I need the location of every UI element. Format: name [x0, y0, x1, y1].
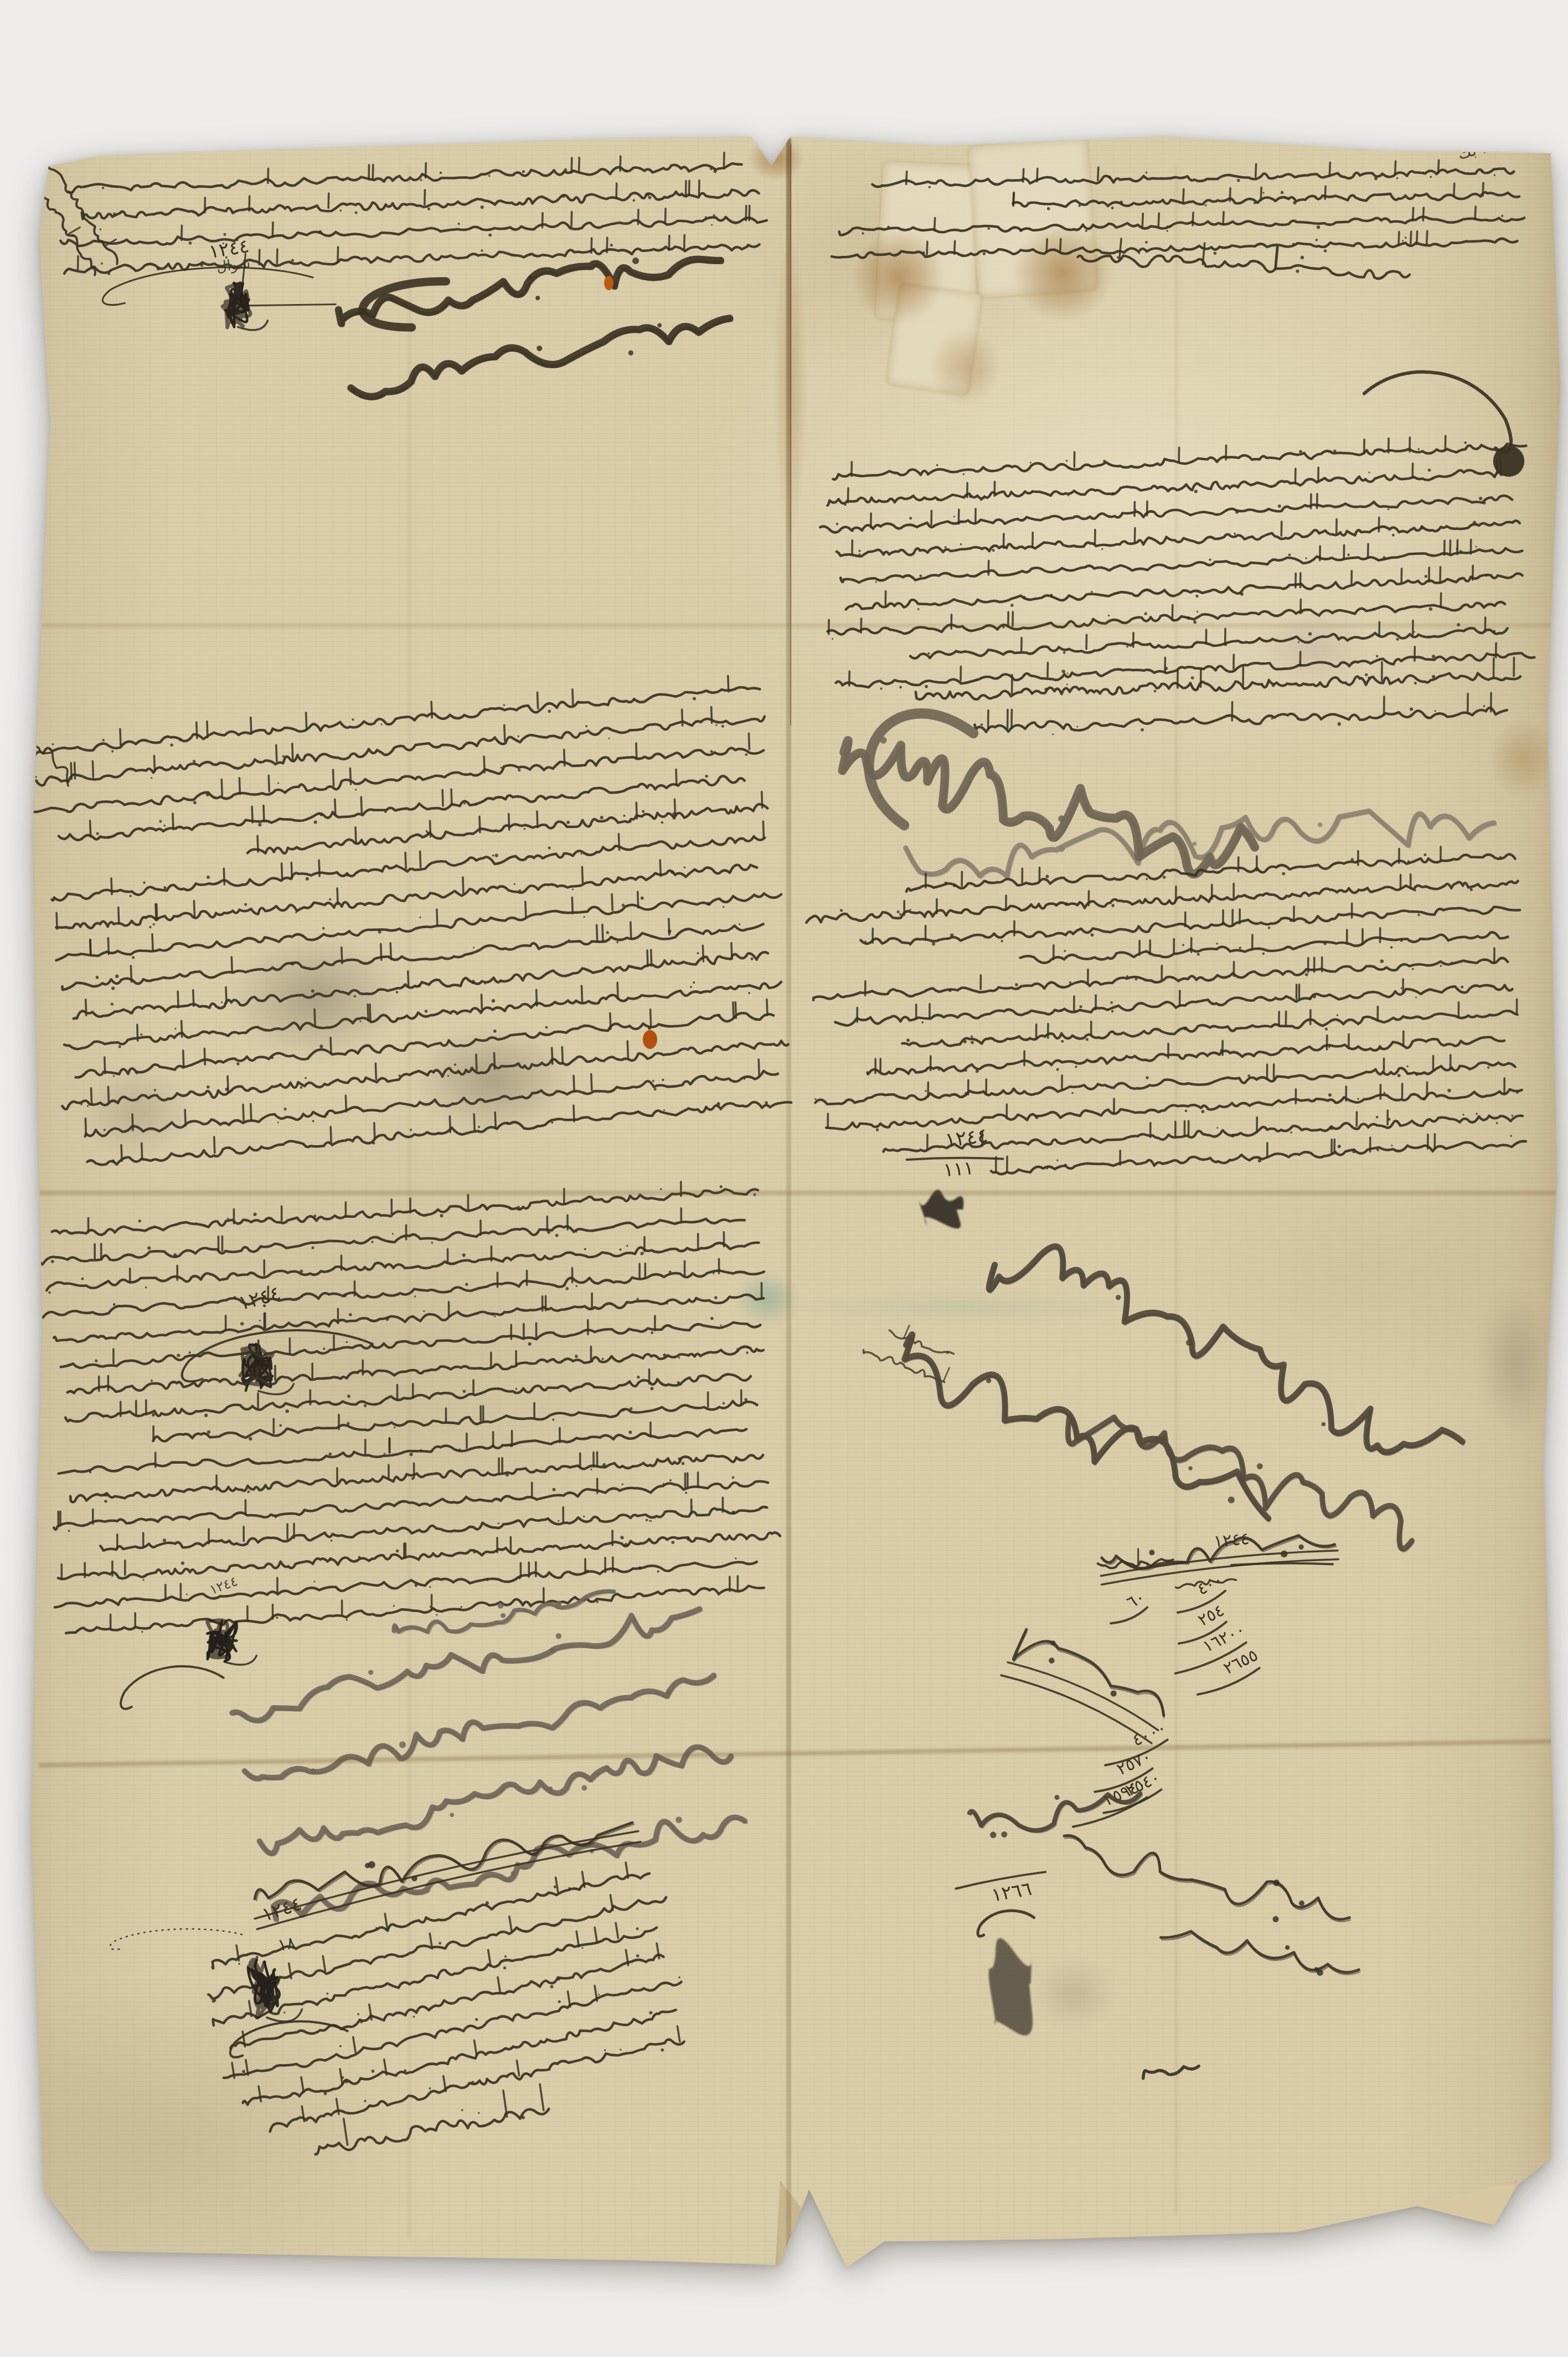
wax-dot	[643, 1030, 657, 1049]
num-16200: ١٦٢٠٠	[1163, 1621, 1252, 1684]
ink-smudge-mid-left-3	[64, 1049, 213, 1177]
knot-seal-bottomleft-2	[241, 1954, 288, 2023]
repair-patch-1	[875, 161, 983, 323]
teal-streak	[792, 1290, 1135, 1324]
stain-top-edge	[749, 136, 804, 181]
num-2655-label: ٢٦٥٥	[1186, 1646, 1261, 1695]
word-under-date: شوال	[197, 256, 252, 283]
diagonal-inscription-2	[863, 1269, 1319, 1577]
num-2570-label: ٢٥٧٠	[1084, 1748, 1154, 1793]
date-1244-right: ١٢٤٤	[912, 1125, 990, 1160]
number-111-label: ١١١	[920, 1159, 974, 1183]
hook-flourish-top-right	[1359, 354, 1525, 485]
bottomleft-banner	[235, 1780, 651, 1936]
knot-seal-bottomleft-1	[200, 1615, 244, 1666]
curl-bottomleft-1	[111, 1657, 227, 1726]
num-400-label: ٤٠٠	[1167, 1571, 1226, 1613]
date-small-bottomleft: ١٢٤٤	[185, 1574, 242, 1611]
right-paragraph-1	[799, 429, 1549, 697]
left-margin-note	[20, 150, 133, 286]
account-entry-diagonal	[995, 1593, 1192, 1758]
date-1244-bottomleft-label: ١٢٤٤	[227, 1894, 304, 1936]
date-1266: ١٢٦٦	[962, 1879, 1034, 1916]
bottomleft-text-block	[189, 1851, 708, 2147]
knot-seal-top-left	[216, 278, 256, 331]
lower-left-text-block	[16, 1174, 798, 1643]
corner-note: كتخدا بك	[1416, 131, 1527, 204]
date-1244-mid-left: ١٢٤٤	[203, 1283, 285, 1329]
bottomleft-calligraphy	[209, 1573, 765, 1949]
num-25940-label: ٢٥٩٤٠	[1061, 1776, 1149, 1828]
headline-calligraphy	[322, 218, 748, 419]
date-1244-mid-left-label: ١٢٤٤	[203, 1283, 283, 1324]
date-1244-top-left-label: ١٢٤٤	[184, 236, 250, 266]
num-2655: ٢٦٥٥	[1186, 1646, 1265, 1704]
num-4000: ٤٠٠٠	[1094, 1719, 1173, 1775]
num-25940: ٢٥٩٤٠	[1061, 1776, 1154, 1837]
orange-dot-top	[604, 276, 613, 290]
mid-calligraphy	[811, 653, 1290, 939]
repair-patch-3	[886, 282, 982, 395]
date-small-bottomleft-label: ١٢٤٤	[185, 1574, 240, 1605]
number-18-label: ١٨	[259, 1934, 297, 1958]
right-paragraph-2	[787, 839, 1552, 1191]
num-60-label: ٦٠	[1101, 1588, 1148, 1624]
entry-line-b	[1150, 1895, 1371, 2001]
word-under-date-label: شوال	[197, 256, 251, 277]
curl-bottomleft-2	[219, 2014, 352, 2072]
num-400: ٤٠٠	[1167, 1571, 1230, 1622]
underline-date-right	[904, 1155, 1006, 1164]
account-banner-year-label: ١٢٤٤	[1185, 1530, 1250, 1553]
flourish-mid-left	[163, 1319, 379, 1402]
num-16200-label: ١٦٢٠٠	[1163, 1621, 1248, 1674]
account-banner-year: ١٢٤٤	[1185, 1530, 1251, 1557]
ink-smudge-mid-left-1	[197, 911, 435, 1083]
diagonal-note-small-words	[858, 1310, 964, 1392]
ink-smudge-mid-left-2	[385, 1005, 601, 1155]
date-1244-right-label: ١٢٤٤	[912, 1125, 989, 1155]
diagonal-inscription-3	[1039, 1350, 1446, 1594]
num-60: ٦٠	[1101, 1588, 1152, 1632]
number-18: ١٨	[259, 1934, 298, 1964]
account-banner-word	[1094, 1544, 1180, 1576]
ink-blob-halo	[1019, 1947, 1129, 2041]
entry-line-a	[1041, 1781, 1373, 1972]
number-111: ١١١	[920, 1159, 974, 1186]
faded-signature-line	[882, 740, 1517, 930]
ink-blob-bottom-center	[979, 1934, 1041, 2034]
account-word-small	[1170, 1566, 1242, 1595]
top-right-text-block	[810, 156, 1545, 265]
top-right-tail-line	[1071, 232, 1427, 290]
stain-top-2	[1013, 224, 1113, 321]
date-1244-bottomleft: ١٢٤٤	[227, 1894, 306, 1941]
paper-surface: كتخدا بك١٢٤٤شوال١٢٤٤١١١١٢٤٤١٢٤٤٦٠٤٠٠٢٥٤١…	[0, 0, 1568, 2357]
mid-left-text-block	[11, 668, 818, 1178]
knot-seal-mid-left	[233, 1337, 280, 1396]
smudge-violet-right	[1240, 598, 1384, 698]
photo-background: كتخدا بك١٢٤٤شوال١٢٤٤١١١١٢٤٤١٢٤٤٦٠٤٠٠٢٥٤١…	[0, 0, 1568, 2357]
stain-top-1	[853, 230, 944, 324]
date-1266-label: ١٢٦٦	[962, 1879, 1033, 1911]
num-4000-label: ٤٠٠٠	[1094, 1719, 1169, 1767]
account-banner	[1092, 1510, 1344, 1589]
num-2540: ٢٥٤٠	[1093, 1769, 1167, 1822]
diagonal-inscription-1	[951, 1156, 1513, 1535]
small-mark-bottom	[1133, 2049, 1206, 2087]
num-254-label: ٢٥٤	[1168, 1602, 1227, 1644]
flourish-top-left	[82, 259, 320, 320]
bottomleft-calligraphy-top	[383, 1570, 625, 1653]
corner-fold-bottom-right	[1415, 2181, 1520, 2232]
ink-layer: كتخدا بك١٢٤٤شوال١٢٤٤١١١١٢٤٤١٢٤٤٦٠٤٠٠٢٥٤١…	[0, 0, 1568, 2357]
top-left-text-block	[47, 148, 787, 281]
stain-right-mid	[1489, 720, 1556, 797]
stain-fold-upper	[774, 238, 807, 537]
num-2540-label: ٢٥٤٠	[1093, 1769, 1163, 1814]
date-1244-top-left: ١٢٤٤	[184, 236, 251, 269]
bottom-edge-flap	[774, 2181, 852, 2272]
butterfly-ink-blot	[909, 1190, 969, 1229]
num-2570: ٢٥٧٠	[1084, 1748, 1158, 1801]
curl-under-1266	[972, 1905, 1036, 1947]
left-margin-scrawl	[0, 713, 103, 842]
smudge-right-edge	[1464, 1263, 1567, 1462]
corner-note-label: كتخدا بك	[1416, 131, 1519, 173]
account-banner-underline	[1228, 1561, 1336, 1569]
signature-loops	[960, 1756, 1152, 1866]
num-254: ٢٥٤	[1168, 1602, 1231, 1653]
stain-top-3	[929, 328, 1001, 405]
dotted-leader	[97, 1924, 246, 1958]
bracket-top-left	[235, 250, 338, 320]
right-paragraph-1b	[884, 653, 1539, 745]
teal-stamp	[735, 1273, 799, 1325]
repair-patch-2	[968, 138, 1098, 298]
overline-1266	[952, 1868, 1049, 1893]
bottomleft-tail-line	[297, 2077, 561, 2171]
manuscript-sheet: كتخدا بك١٢٤٤شوال١٢٤٤١١١١٢٤٤١٢٤٤٦٠٤٠٠٢٥٤١…	[0, 0, 1568, 2357]
